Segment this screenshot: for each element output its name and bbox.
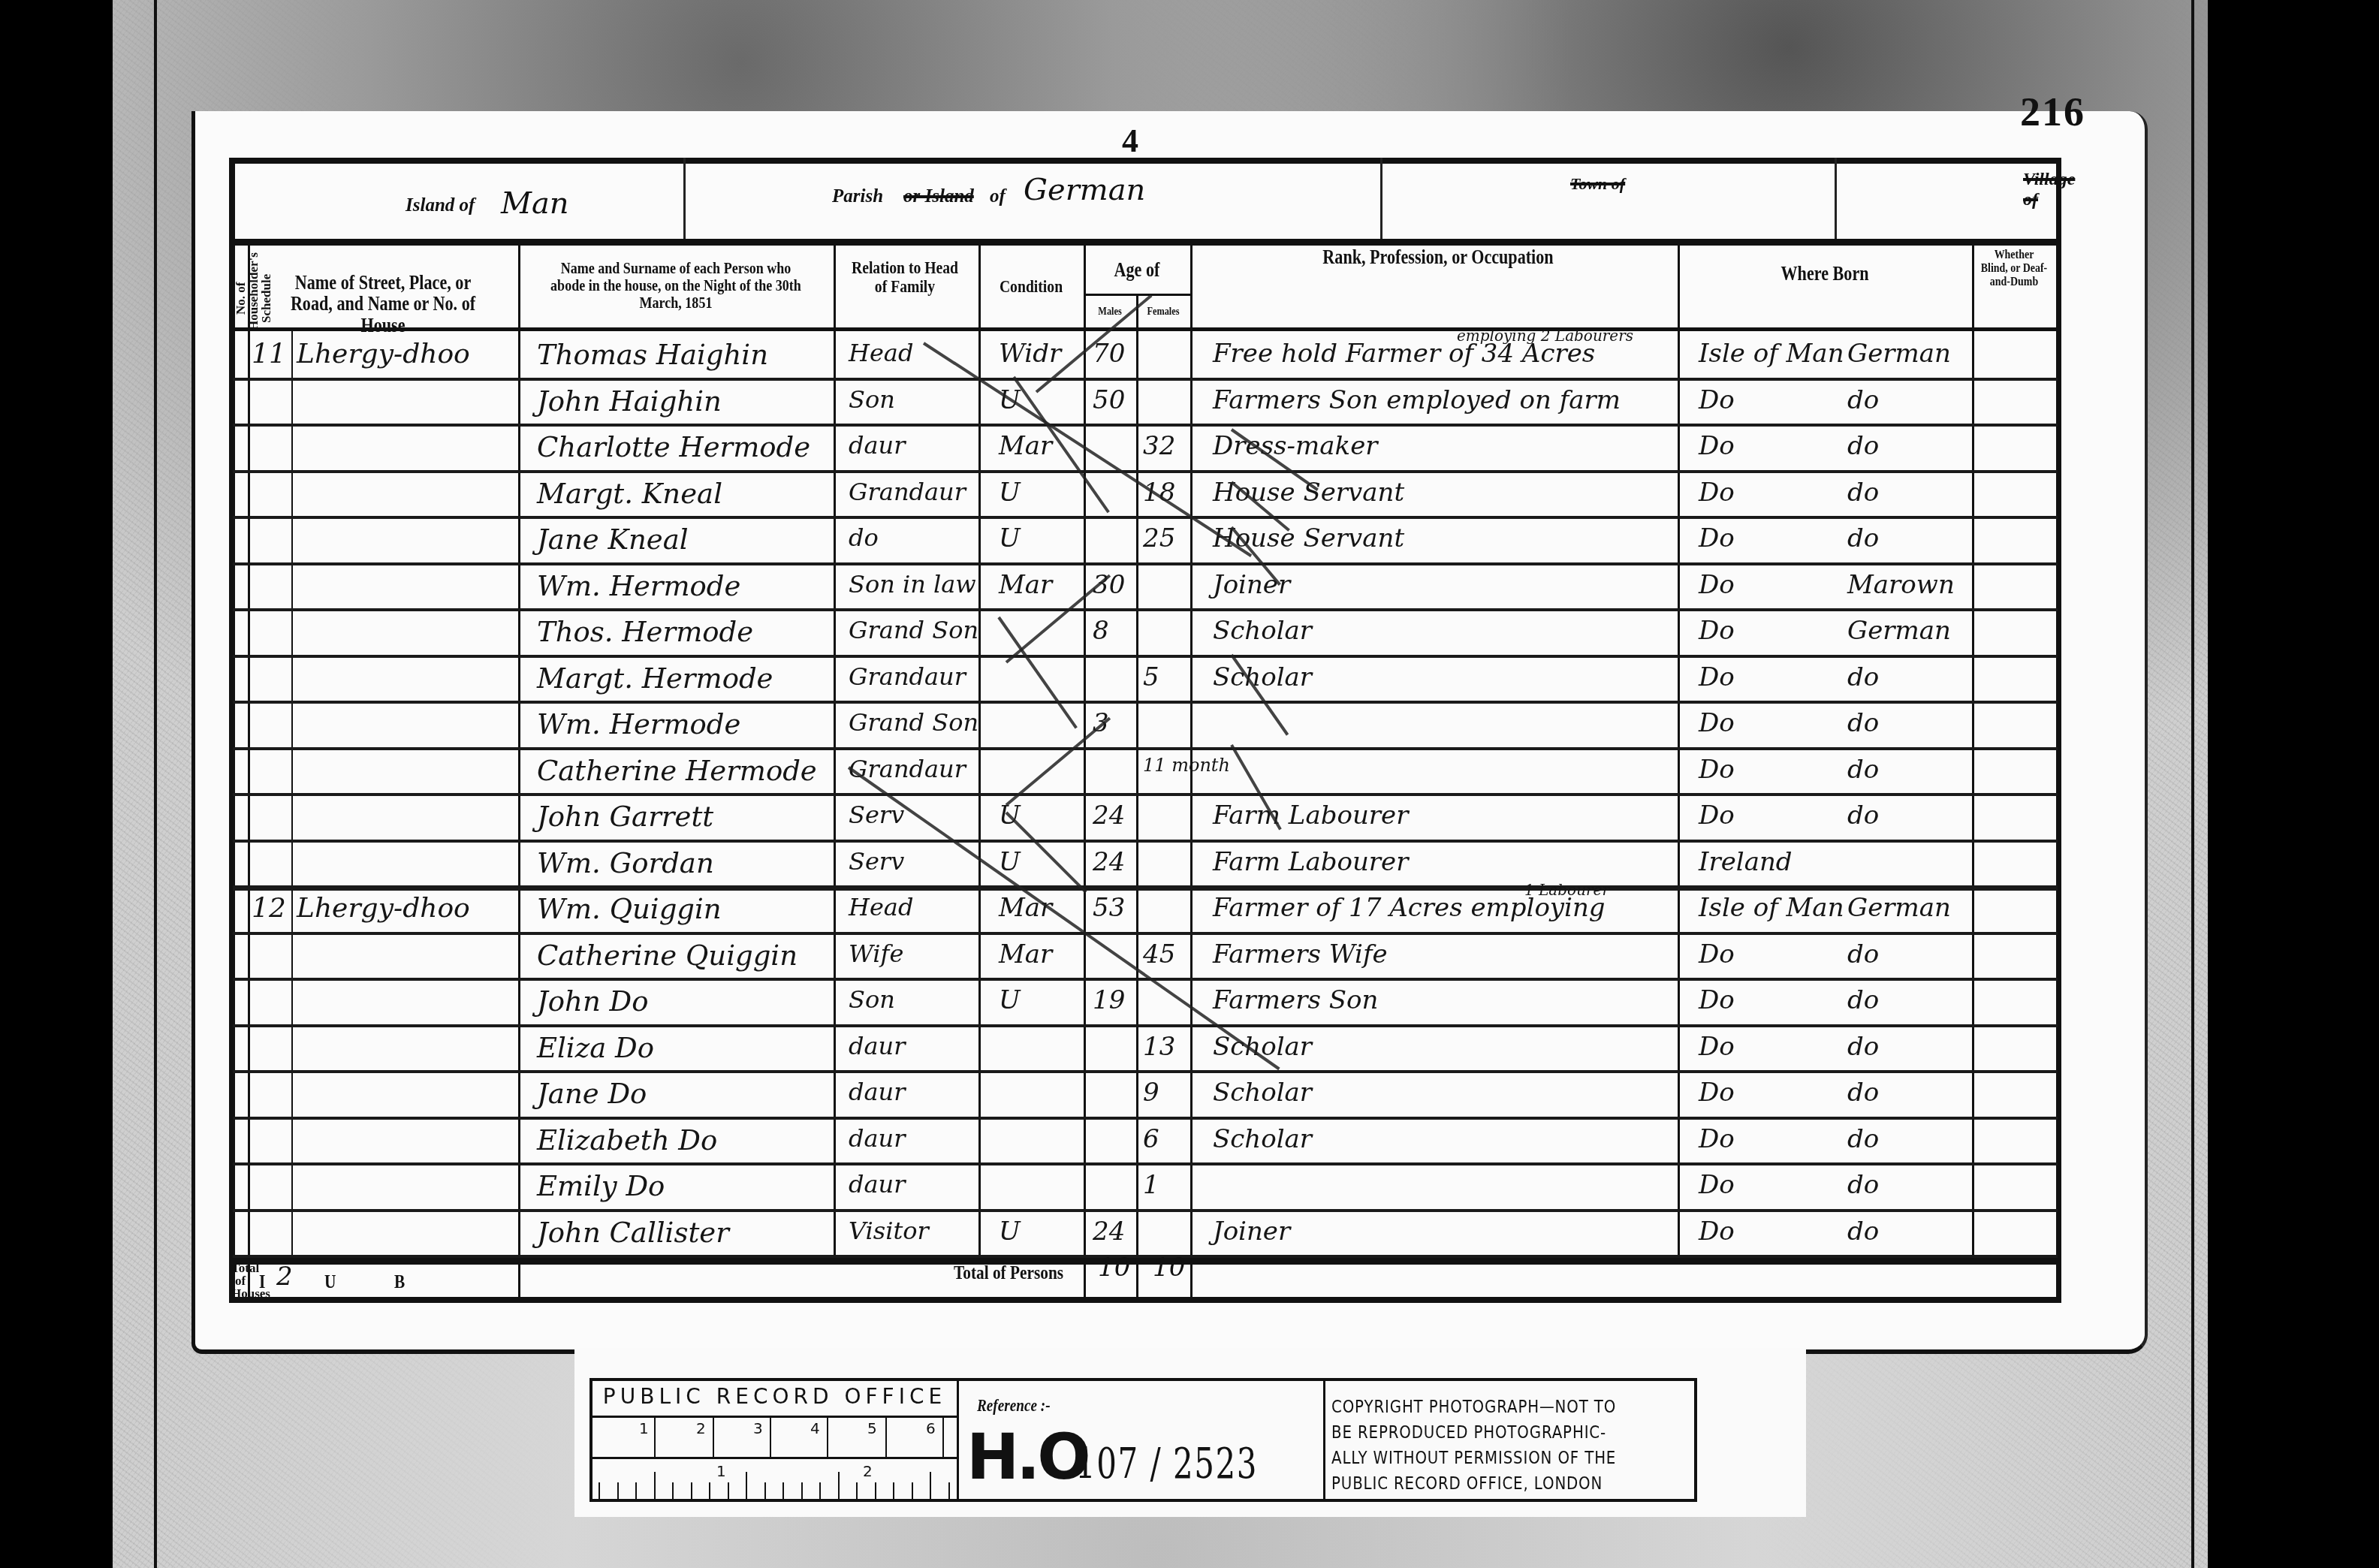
ruler-tick <box>654 1472 656 1502</box>
condition-cell: U <box>999 985 1021 1015</box>
birthplace-cell: Do <box>1699 985 1735 1015</box>
female-age-cell: 25 <box>1143 523 1175 553</box>
person-name-cell: Margt. Kneal <box>537 478 722 510</box>
row-rule <box>233 840 2058 843</box>
occupation-note: employing 2 Labourers <box>1457 327 1633 345</box>
relation-cell: Grandaur <box>849 478 966 506</box>
birthplace-cell: Do <box>1699 1217 1735 1247</box>
person-name-cell: Emily Do <box>537 1170 665 1202</box>
relation-cell: Head <box>849 339 913 367</box>
person-name-cell: Wm. Gordan <box>537 847 714 879</box>
totals-uninhabited-label: U <box>324 1271 336 1293</box>
person-name-cell: Thomas Haighin <box>537 339 768 371</box>
totals-males-value: 10 <box>1098 1253 1130 1283</box>
village-cell: Village of <box>1837 158 2061 244</box>
birth-parish-cell: do <box>1847 985 1879 1015</box>
ruler-tick <box>819 1482 821 1502</box>
page-number: 4 <box>1122 122 1138 160</box>
relation-cell: Son <box>849 385 895 414</box>
stamp-reference-panel: Reference :- H.O 107 / 2523 <box>959 1381 1325 1499</box>
birthplace-cell: Do <box>1699 939 1735 969</box>
row-rule <box>233 701 2058 704</box>
row-rule <box>233 1209 2058 1212</box>
birth-parish-cell: do <box>1847 939 1879 969</box>
ruler-label: 4 <box>810 1419 820 1437</box>
row-rule <box>233 747 2058 750</box>
birthplace-cell: Do <box>1699 755 1735 785</box>
relation-cell: daur <box>849 431 905 460</box>
ruler-tick <box>635 1482 637 1502</box>
row-rule <box>233 1162 2058 1165</box>
condition-cell: Mar <box>999 431 1052 461</box>
female-age-cell: 32 <box>1143 431 1175 461</box>
header-age-of: Age of <box>1093 259 1180 280</box>
person-name-cell: Catherine Quiggin <box>537 939 798 972</box>
ruler-tick <box>875 1482 876 1502</box>
female-age-cell: 5 <box>1143 662 1159 692</box>
stamp-box: PUBLIC RECORD OFFICE 1 2 3 4 5 6 1 2 R <box>589 1378 1697 1502</box>
totals-building-label: B <box>394 1271 405 1293</box>
copyright-line: BE REPRODUCED PHOTOGRAPHIC- <box>1331 1420 1641 1446</box>
parish-cell: Parish or Island of German <box>686 158 1382 244</box>
row-rule <box>233 516 2058 519</box>
birth-parish-cell: do <box>1847 385 1879 415</box>
stamp-copyright-panel: COPYRIGHT PHOTOGRAPH—NOT TO BE REPRODUCE… <box>1325 1381 1697 1499</box>
birth-parish-cell: German <box>1847 339 1951 369</box>
col-divider-street <box>518 239 520 1301</box>
totals-inhabited-value: 2 <box>276 1262 293 1292</box>
ruler-tick <box>709 1482 710 1502</box>
row-rule <box>233 608 2058 611</box>
birthplace-cell: Isle of Man <box>1699 893 1844 923</box>
ruler-div <box>885 1418 887 1457</box>
stamp-office-name: PUBLIC RECORD OFFICE <box>592 1384 957 1409</box>
birth-parish-cell: do <box>1847 1124 1879 1154</box>
occupation-cell: Scholar <box>1213 616 1312 646</box>
ruler-label: 5 <box>867 1419 877 1437</box>
ruler-tick <box>801 1482 803 1502</box>
copyright-line: COPYRIGHT PHOTOGRAPH—NOT TO <box>1331 1395 1641 1420</box>
person-name-cell: Jane Do <box>537 1078 647 1110</box>
ruler-tick <box>691 1482 692 1502</box>
ruler-tick <box>728 1482 729 1502</box>
parish-value: German <box>1024 173 1145 207</box>
household-separator <box>233 885 2058 891</box>
schedule-number-cell: 12 <box>252 893 286 924</box>
female-age-cell: 11 month <box>1143 755 1230 776</box>
condition-cell: U <box>999 523 1021 553</box>
row-rule <box>233 378 2058 381</box>
person-name-cell: Eliza Do <box>537 1032 654 1064</box>
occupation-cell: Joiner <box>1213 1217 1290 1247</box>
ruler-tick <box>782 1482 784 1502</box>
header-occupation: Rank, Profession, or Occupation <box>1244 246 1633 267</box>
ruler-bottom: 1 2 <box>592 1459 957 1502</box>
totals-houses-label: Total of Houses <box>231 1262 249 1300</box>
birthplace-cell: Do <box>1699 801 1735 831</box>
ruler-div <box>713 1418 714 1457</box>
column-header-rule <box>229 327 2061 331</box>
scan-edge-line-right <box>2191 0 2194 1568</box>
occupation-cell: Farm Labourer <box>1213 847 1408 877</box>
ruler-tick <box>617 1482 619 1502</box>
parish-island-struck: or Island <box>903 186 974 207</box>
parish-label: Parish <box>832 186 883 207</box>
island-value: Man <box>501 186 569 221</box>
birthplace-cell: Do <box>1699 570 1735 600</box>
birth-parish-cell: do <box>1847 1170 1879 1200</box>
row-rule <box>233 932 2058 935</box>
header-relation: Relation to Head of Family <box>846 259 963 297</box>
occupation-cell: Farmers Son employed on farm <box>1213 385 1621 415</box>
female-age-cell: 1 <box>1143 1170 1159 1200</box>
ruler-tick <box>893 1482 894 1502</box>
relation-cell: Son in law <box>849 570 976 599</box>
male-age-cell: 70 <box>1093 339 1125 369</box>
ruler-tick <box>912 1482 913 1502</box>
birthplace-cell: Isle of Man <box>1699 339 1844 369</box>
relation-cell: Grand Son <box>849 708 978 737</box>
header-disability: Whether Blind, or Deaf-and-Dumb <box>1981 248 2048 288</box>
village-label-struck: Village of <box>2023 170 2075 210</box>
ruler-tick <box>672 1482 674 1502</box>
person-name-cell: Thos. Hermode <box>537 616 753 648</box>
birthplace-cell: Do <box>1699 478 1735 508</box>
occupation-cell: Scholar <box>1213 662 1312 692</box>
birthplace-cell: Do <box>1699 385 1735 415</box>
col-divider-schedule <box>248 239 250 1301</box>
scan-edge-line-left <box>154 0 157 1568</box>
relation-cell: Visitor <box>849 1217 929 1245</box>
male-age-cell: 53 <box>1093 893 1125 923</box>
birth-parish-cell: do <box>1847 1078 1879 1108</box>
reference-label: Reference :- <box>977 1396 1051 1416</box>
condition-cell: U <box>999 478 1021 508</box>
occupation-cell: Farm Labourer <box>1213 801 1408 831</box>
relation-cell: Wife <box>849 939 903 968</box>
birth-parish-cell: do <box>1847 431 1879 461</box>
header-name: Name and Surname of each Person who abod… <box>547 259 805 311</box>
birthplace-cell: Do <box>1699 1124 1735 1154</box>
birthplace-cell: Do <box>1699 708 1735 738</box>
row-rule <box>233 562 2058 565</box>
col-divider-males <box>1136 294 1138 1301</box>
row-rule <box>233 1070 2058 1073</box>
relation-cell: Grand Son <box>849 616 978 644</box>
relation-cell: daur <box>849 1170 905 1199</box>
ruler-label: 6 <box>926 1419 936 1437</box>
person-name-cell: John Haighin <box>537 385 722 418</box>
ruler-tick <box>838 1472 840 1502</box>
island-cell: Island of Man <box>229 158 686 244</box>
condition-cell: Mar <box>999 939 1052 969</box>
birth-parish-cell: do <box>1847 478 1879 508</box>
header-street: Name of Street, Place, or Road, and Name… <box>276 272 491 336</box>
male-age-cell: 50 <box>1093 385 1125 415</box>
occupation-cell: Scholar <box>1213 1124 1312 1154</box>
person-name-cell: Wm. Hermode <box>537 708 740 740</box>
condition-cell: U <box>999 847 1021 877</box>
birth-parish-cell: do <box>1847 801 1879 831</box>
island-label: Island of <box>406 195 475 216</box>
female-age-cell: 13 <box>1143 1032 1175 1062</box>
occupation-note: 1 Labourer <box>1524 881 1609 899</box>
row-rule <box>233 655 2058 658</box>
town-label-struck: Town of <box>1570 174 1625 194</box>
ruler-tick <box>856 1482 858 1502</box>
relation-cell: Serv <box>849 801 904 829</box>
birthplace-cell: Do <box>1699 523 1735 553</box>
ruler-label: 2 <box>696 1419 706 1437</box>
ruler-tick <box>746 1472 747 1502</box>
relation-cell: Serv <box>849 847 904 876</box>
stamp-office-panel: PUBLIC RECORD OFFICE 1 2 3 4 5 6 1 2 <box>592 1381 959 1499</box>
birthplace-cell: Ireland <box>1699 847 1793 877</box>
ruler-label: 1 <box>716 1462 726 1480</box>
female-age-cell: 45 <box>1143 939 1175 969</box>
header-where-born: Where Born <box>1704 263 1945 284</box>
occupation-cell: Farmers Son <box>1213 985 1378 1015</box>
ruler-div <box>654 1418 656 1457</box>
row-rule <box>233 793 2058 796</box>
row-rule <box>233 1117 2058 1120</box>
birthplace-cell: Do <box>1699 1078 1735 1108</box>
relation-cell: Grandaur <box>849 662 966 691</box>
relation-cell: daur <box>849 1032 905 1060</box>
birthplace-cell: Do <box>1699 1170 1735 1200</box>
row-rule <box>233 424 2058 427</box>
person-name-cell: Wm. Quiggin <box>537 893 722 925</box>
birthplace-cell: Do <box>1699 616 1735 646</box>
person-name-cell: Jane Kneal <box>537 523 689 556</box>
condition-cell: Widr <box>999 339 1061 369</box>
parish-of-label: of <box>990 186 1006 207</box>
person-name-cell: Wm. Hermode <box>537 570 740 602</box>
reference-prefix: H.O <box>966 1420 1088 1494</box>
person-name-cell: John Do <box>537 985 648 1018</box>
birth-parish-cell: do <box>1847 708 1879 738</box>
birth-parish-cell: do <box>1847 755 1879 785</box>
condition-cell: Mar <box>999 893 1052 923</box>
birth-parish-cell: German <box>1847 893 1951 923</box>
ruler-tick <box>948 1482 950 1502</box>
copyright-line: ALLY WITHOUT PERMISSION OF THE <box>1331 1446 1641 1471</box>
ruler-tick <box>599 1482 600 1502</box>
male-age-cell: 24 <box>1093 847 1125 877</box>
ruler-label: 2 <box>863 1462 873 1480</box>
row-rule <box>233 978 2058 981</box>
male-age-cell: 24 <box>1093 801 1125 831</box>
male-age-cell: 24 <box>1093 1217 1125 1247</box>
birth-parish-cell: do <box>1847 523 1879 553</box>
totals-females-value: 10 <box>1153 1253 1185 1283</box>
person-name-cell: Catherine Hermode <box>537 755 817 787</box>
male-age-cell: 19 <box>1093 985 1125 1015</box>
birth-parish-cell: do <box>1847 662 1879 692</box>
male-age-cell: 8 <box>1093 616 1109 646</box>
schedule-number-cell: 11 <box>252 339 286 369</box>
location-header-rule <box>229 239 2061 246</box>
birthplace-cell: Do <box>1699 662 1735 692</box>
folio-number: 216 <box>2020 89 2085 135</box>
location-header: Island of Man Parish or Island of German… <box>229 158 2061 244</box>
ruler-label: 3 <box>753 1419 763 1437</box>
ruler-div <box>827 1418 828 1457</box>
header-condition: Condition <box>988 278 1075 297</box>
totals-rule <box>229 1258 2061 1265</box>
row-rule <box>233 470 2058 473</box>
row-rule <box>233 1024 2058 1027</box>
street-cell: Lhergy-dhoo <box>297 339 470 369</box>
ruler-label: 1 <box>639 1419 649 1437</box>
reference-number: 107 / 2523 <box>1075 1440 1258 1488</box>
condition-cell: Mar <box>999 570 1052 600</box>
person-name-cell: John Garrett <box>537 801 713 833</box>
female-age-cell: 9 <box>1143 1078 1159 1108</box>
ruler-div <box>770 1418 771 1457</box>
relation-cell: daur <box>849 1078 905 1106</box>
copyright-line: PUBLIC RECORD OFFICE, LONDON <box>1331 1471 1641 1497</box>
birth-parish-cell: Marown <box>1847 570 1955 600</box>
person-name-cell: John Callister <box>537 1217 729 1249</box>
relation-cell: Head <box>849 893 913 921</box>
header-females: Females <box>1141 306 1185 318</box>
ruler-tick <box>764 1482 766 1502</box>
birthplace-cell: Do <box>1699 1032 1735 1062</box>
col-divider-condition <box>1084 239 1086 1301</box>
person-name-cell: Charlotte Hermode <box>537 431 810 463</box>
ruler-div <box>942 1418 944 1457</box>
birth-parish-cell: German <box>1847 616 1951 646</box>
occupation-cell: Scholar <box>1213 1078 1312 1108</box>
birth-parish-cell: do <box>1847 1032 1879 1062</box>
relation-cell: daur <box>849 1124 905 1153</box>
birth-parish-cell: do <box>1847 1217 1879 1247</box>
relation-cell: Son <box>849 985 895 1014</box>
person-name-cell: Margt. Hermode <box>537 662 773 695</box>
female-age-cell: 6 <box>1143 1124 1159 1154</box>
person-name-cell: Elizabeth Do <box>537 1124 717 1156</box>
ruler-top: 1 2 3 4 5 6 <box>592 1416 957 1459</box>
totals-inhabited-label: I <box>259 1271 265 1293</box>
relation-cell: do <box>849 523 879 552</box>
public-record-office-stamp: PUBLIC RECORD OFFICE 1 2 3 4 5 6 1 2 R <box>574 1348 1806 1517</box>
ruler-tick <box>930 1472 931 1502</box>
street-cell: Lhergy-dhoo <box>297 893 470 924</box>
occupation-cell: Farmers Wife <box>1213 939 1388 969</box>
birthplace-cell: Do <box>1699 431 1735 461</box>
totals-persons-label: Total of Persons <box>954 1262 1063 1284</box>
condition-cell: U <box>999 1217 1021 1247</box>
town-cell: Town of <box>1382 158 1837 244</box>
